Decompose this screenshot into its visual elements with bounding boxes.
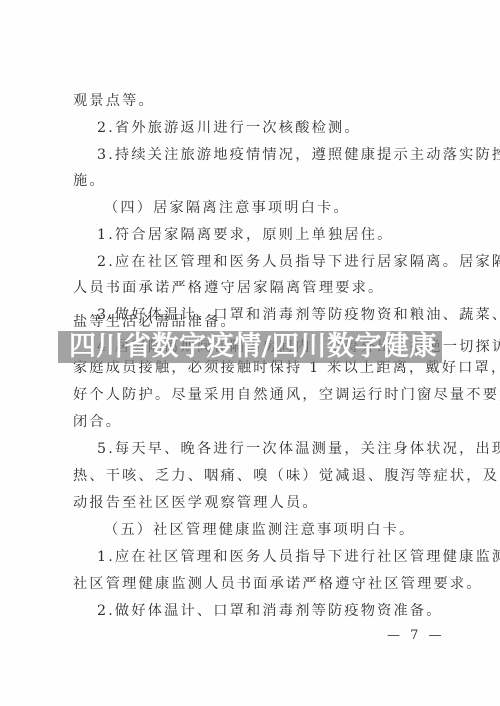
text-line: 社区管理健康监测人员书面承诺严格遵守社区管理要求。 bbox=[73, 575, 483, 593]
banner-title: 四川省数字疫情/四川数字健康 bbox=[69, 332, 437, 362]
text-line: 2.做好体温计、口罩和消毒剂等防疫物资准备。 bbox=[97, 602, 443, 620]
text-line: 2.省外旅游返川进行一次核酸检测。 bbox=[97, 119, 361, 137]
text-line: 1.应在社区管理和医务人员指导下进行社区管理健康监测。 bbox=[97, 548, 500, 566]
text-line: 1.符合居家隔离要求，原则上单独居住。 bbox=[97, 226, 394, 244]
text-line: 观景点等。 bbox=[73, 92, 155, 110]
section-heading: （四）居家隔离注意事项明白卡。 bbox=[104, 199, 350, 217]
text-line: 盐等生活必需品准备。 bbox=[73, 313, 237, 331]
text-line: 3.持续关注旅游地疫情情况，遵照健康提示主动落实防控措 bbox=[97, 146, 500, 164]
text-line: 热、干咳、乏力、咽痛、嗅（味）觉减退、腹泻等症状，及时主 bbox=[73, 467, 500, 485]
page-number: — 7 — bbox=[387, 628, 445, 643]
text-line: 好个人防护。尽量采用自然通风，空调运行时门窗尽量不要完全 bbox=[73, 386, 500, 404]
document-page: 观景点等。 2.省外旅游返川进行一次核酸检测。 3.持续关注旅游地疫情情况，遵照… bbox=[0, 0, 500, 706]
section-heading: （五）社区管理健康监测注意事项明白卡。 bbox=[104, 521, 415, 539]
text-line: 动报告至社区医学观察管理人员。 bbox=[73, 494, 319, 512]
text-line: 施。 bbox=[73, 172, 106, 190]
text-line: 闭合。 bbox=[73, 413, 122, 431]
text-fragment: 盐等生活必需品准备。 bbox=[73, 314, 237, 330]
text-line: 5.每天早、晚各进行一次体温测量，关注身体状况，出现发 bbox=[97, 440, 500, 458]
text-line: 2.应在社区管理和医务人员指导下进行居家隔离。居家隔离 bbox=[97, 253, 500, 271]
text-line: 人员书面承诺严格遵守居家隔离管理要求。 bbox=[73, 279, 384, 297]
